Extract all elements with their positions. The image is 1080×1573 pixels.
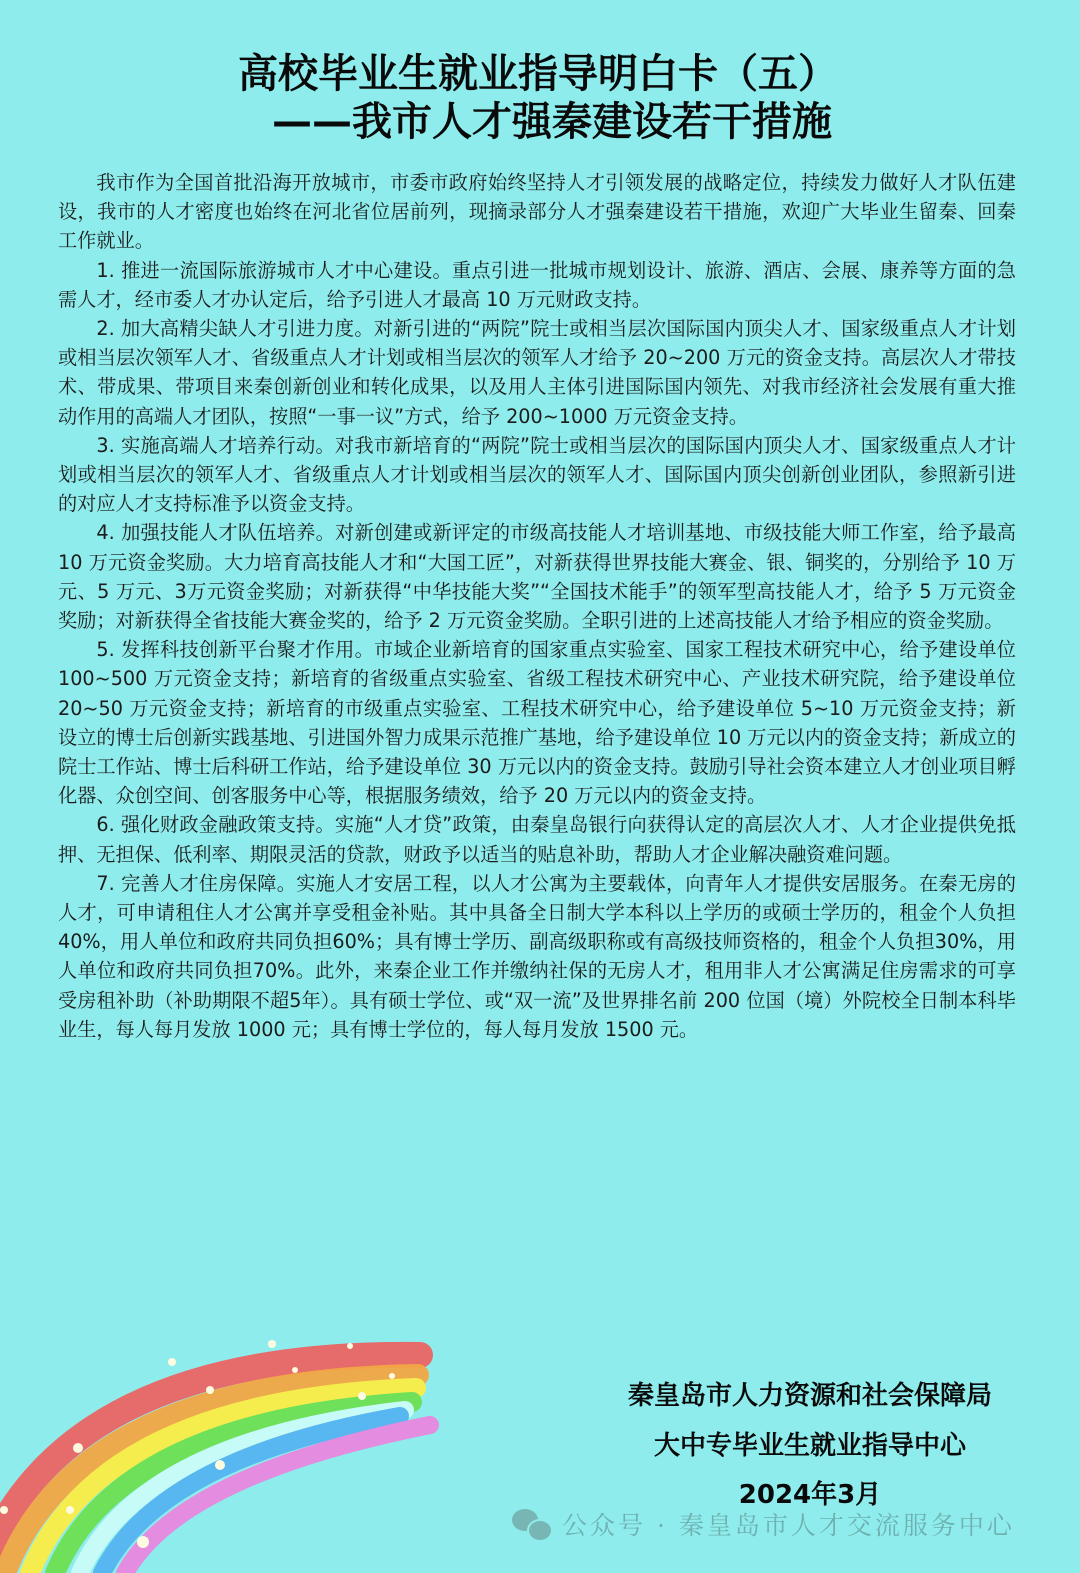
measure-4-paragraph: 4. 加强技能人才队伍培养。对新创建或新评定的市级高技能人才培训基地、市级技能大…	[58, 518, 1016, 635]
measure-5-paragraph: 5. 发挥科技创新平台聚才作用。市域企业新培育的国家重点实验室、国家工程技术研究…	[58, 635, 1016, 810]
issuing-center: 大中专毕业生就业指导中心	[590, 1425, 1030, 1462]
intro-paragraph: 我市作为全国首批沿海开放城市，市委市政府始终坚持人才引领发展的战略定位，持续发力…	[58, 168, 1016, 256]
rainbow-illustration	[0, 1310, 460, 1573]
watermark-text: 公众号 · 秦皇岛市人才交流服务中心	[562, 1506, 1015, 1542]
measure-6-paragraph: 6. 强化财政金融政策支持。实施“人才贷”政策，由秦皇岛银行向获得认定的高层次人…	[58, 810, 1016, 868]
wechat-watermark: 公众号 · 秦皇岛市人才交流服务中心	[512, 1506, 1015, 1542]
issuer-name: 秦皇岛市人力资源和社会保障局	[590, 1375, 1030, 1412]
document-body: 我市作为全国首批沿海开放城市，市委市政府始终坚持人才引领发展的战略定位，持续发力…	[58, 168, 1016, 1044]
measure-2-paragraph: 2. 加大高精尖缺人才引进力度。对新引进的“两院”院士或相当层次国际国内顶尖人才…	[58, 314, 1016, 431]
wechat-icon	[512, 1507, 552, 1541]
page-subtitle: ——我市人才强秦建设若干措施	[12, 98, 1080, 146]
measure-3-paragraph: 3. 实施高端人才培养行动。对我市新培育的“两院”院士或相当层次的国际国内顶尖人…	[58, 431, 1016, 519]
measure-1-paragraph: 1. 推进一流国际旅游城市人才中心建设。重点引进一批城市规划设计、旅游、酒店、会…	[58, 256, 1016, 314]
measure-7-paragraph: 7. 完善人才住房保障。实施人才安居工程，以人才公寓为主要载体，向青年人才提供安…	[58, 869, 1016, 1044]
page-title-line1: 高校毕业生就业指导明白卡（五）	[0, 50, 1078, 98]
